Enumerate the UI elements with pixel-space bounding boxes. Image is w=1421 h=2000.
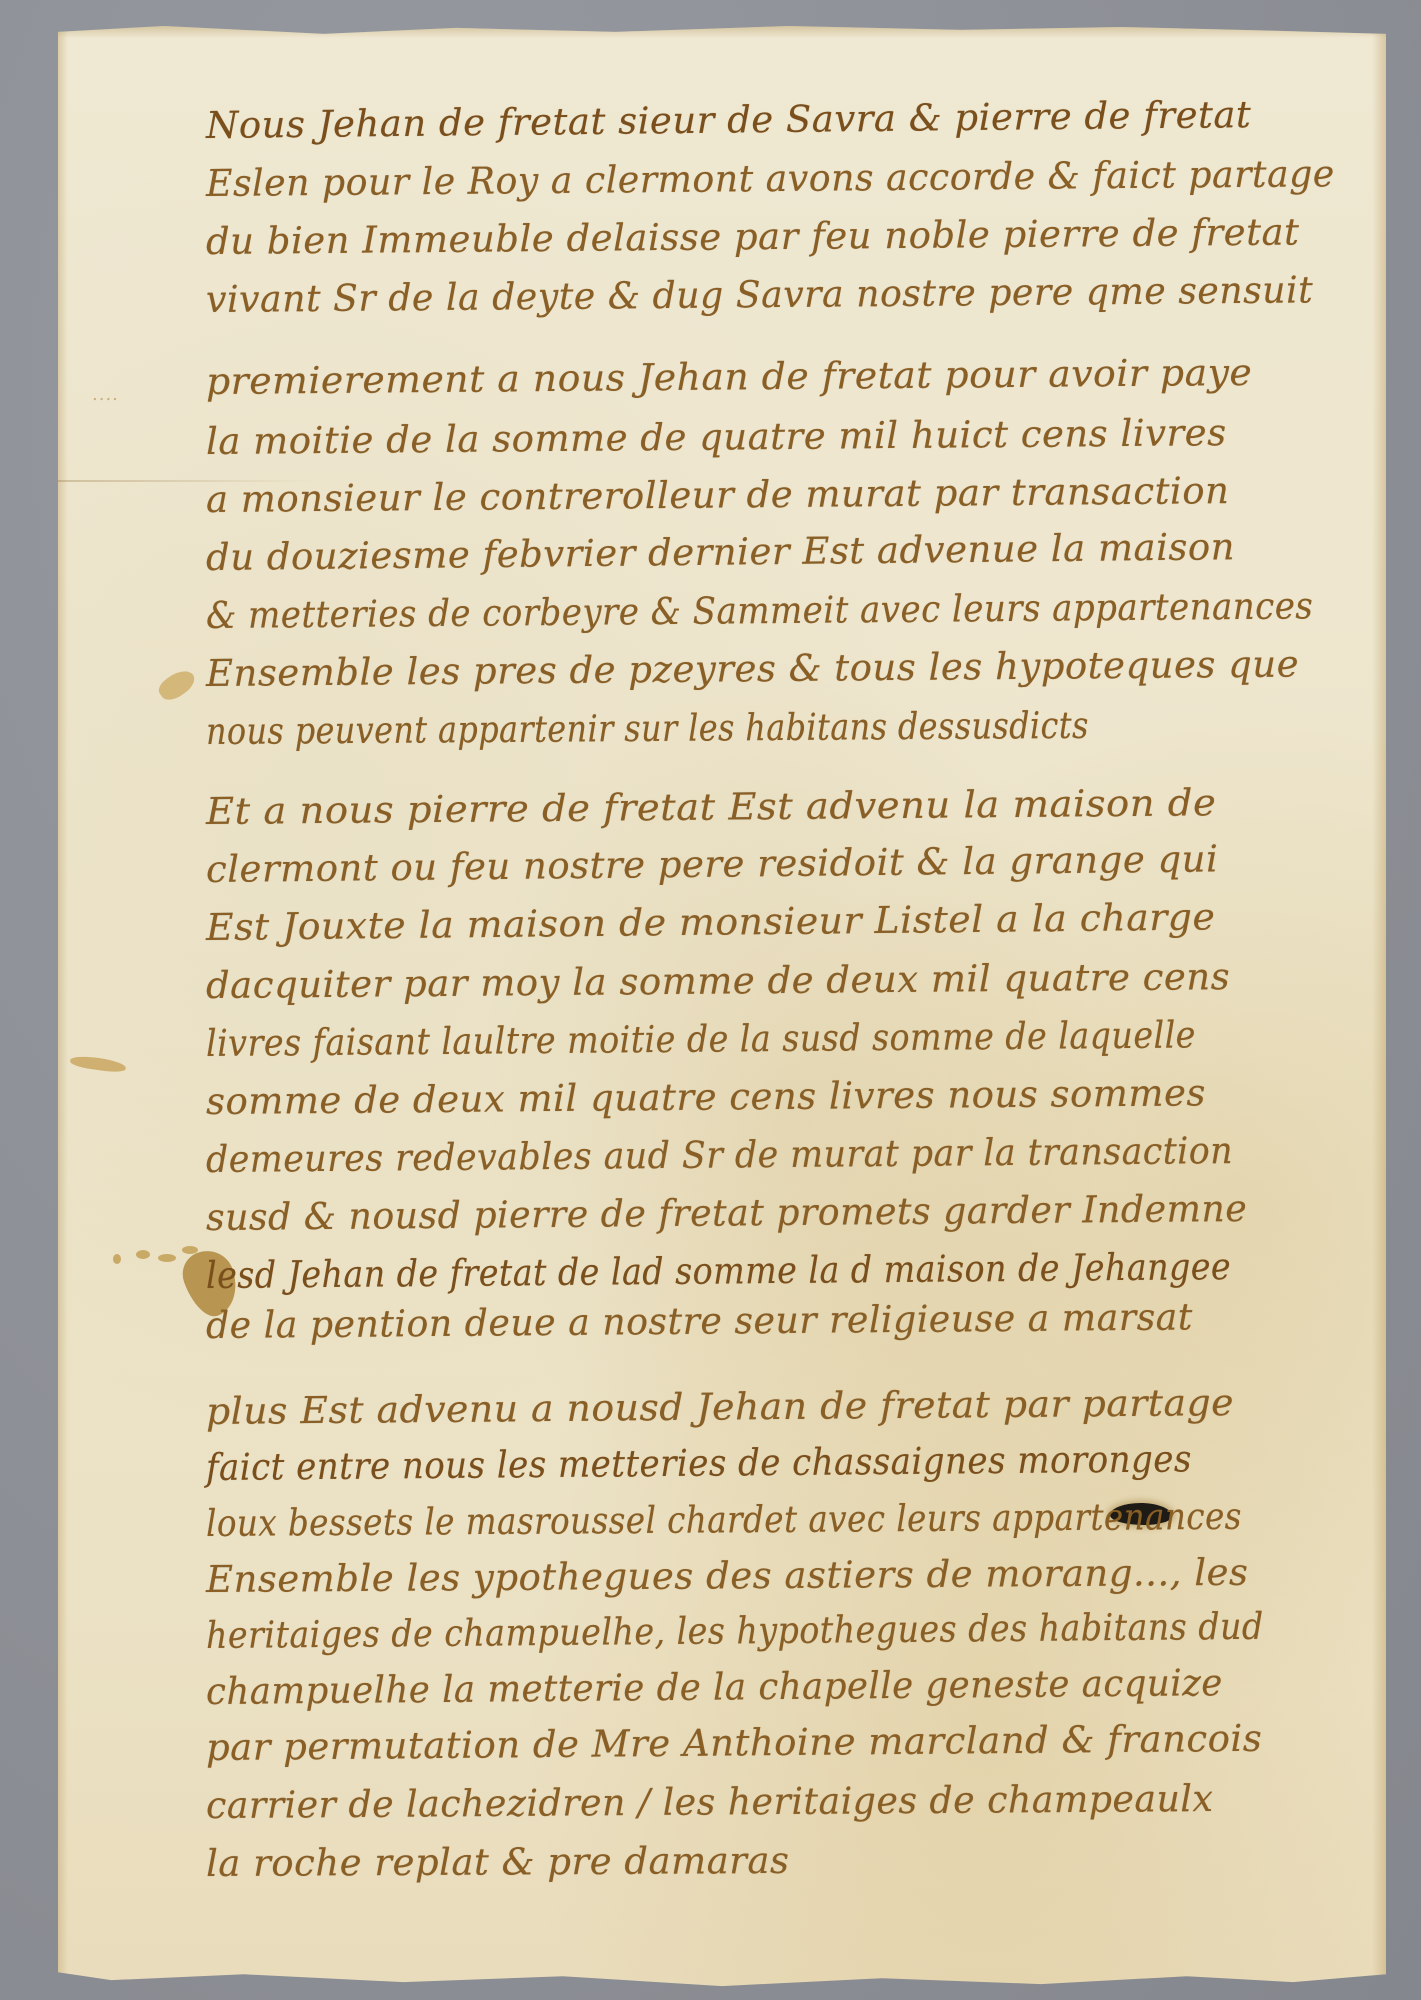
manuscript-line: Eslen pour le Roy a clermont avons accor… <box>206 152 1335 205</box>
manuscript-sheet: .... Nous Jehan de fretat sieur de Savra… <box>58 24 1386 1990</box>
manuscript-line: Nous Jehan de fretat sieur de Savra & pi… <box>206 93 1252 147</box>
ink-dot-stain <box>113 1254 121 1264</box>
manuscript-line: du bien Immeuble delaisse par feu noble … <box>206 210 1300 263</box>
manuscript-line: & metteries de corbeyre & Sammeit avec l… <box>206 584 1314 637</box>
manuscript-line: premierement a nous Jehan de fretat pour… <box>206 351 1253 403</box>
manuscript-line: Et a nous pierre de fretat Est advenu la… <box>206 781 1217 833</box>
manuscript-line: clermont ou feu nostre pere residoit & l… <box>206 837 1219 891</box>
manuscript-line: livres faisant laultre moitie de la susd… <box>206 1013 1196 1065</box>
manuscript-line: vivant Sr de la deyte & dug Savra nostre… <box>206 268 1314 321</box>
manuscript-line: a monsieur le contrerolleur de murat par… <box>206 469 1230 521</box>
margin-mark: .... <box>92 384 119 405</box>
manuscript-line: la moitie de la somme de quatre mil huic… <box>206 411 1227 463</box>
ink-dot-stain <box>136 1250 150 1259</box>
manuscript-line: champuelhe la metterie de la chapelle ge… <box>206 1661 1223 1713</box>
sheet-left-edge <box>58 24 68 1990</box>
manuscript-line: nous peuvent appartenir sur les habitans… <box>206 704 1089 753</box>
manuscript-line: de la pention deue a nostre seur religie… <box>206 1295 1193 1347</box>
ink-dot-stain <box>182 1246 198 1254</box>
manuscript-line: Ensemble les ypothegues des astiers de m… <box>206 1551 1249 1601</box>
manuscript-line: somme de deux mil quatre cens livres nou… <box>206 1071 1206 1123</box>
sheet-right-edge <box>1372 24 1386 1990</box>
manuscript-line: faict entre nous les metteries de chassa… <box>206 1437 1192 1489</box>
manuscript-line: lesd Jehan de fretat de lad somme la d m… <box>206 1245 1231 1297</box>
manuscript-line: loux bessets le masroussel chardet avec … <box>206 1495 1242 1545</box>
manuscript-line: heritaiges de champuelhe, les hypothegue… <box>206 1605 1264 1657</box>
manuscript-line: par permutation de Mre Anthoine marcland… <box>206 1717 1263 1769</box>
manuscript-line: la roche replat & pre damaras <box>206 1839 790 1885</box>
ink-dot-stain <box>158 1254 176 1262</box>
manuscript-line: demeures redevables aud Sr de murat par … <box>206 1129 1233 1181</box>
manuscript-line: du douziesme febvrier dernier Est advenu… <box>206 525 1235 579</box>
manuscript-line: plus Est advenu a nousd Jehan de fretat … <box>206 1381 1234 1433</box>
manuscript-line: carrier de lachezidren / les heritaiges … <box>206 1777 1214 1827</box>
manuscript-line: susd & nousd pierre de fretat promets ga… <box>206 1187 1248 1239</box>
manuscript-line: dacquiter par moy la somme de deux mil q… <box>206 955 1230 1007</box>
curved-ink-stain <box>69 1054 126 1074</box>
ink-splash-stain <box>155 665 199 705</box>
manuscript-line: Ensemble les pres de pzeyres & tous les … <box>206 642 1299 695</box>
manuscript-line: Est Jouxte la maison de monsieur Listel … <box>206 895 1216 949</box>
